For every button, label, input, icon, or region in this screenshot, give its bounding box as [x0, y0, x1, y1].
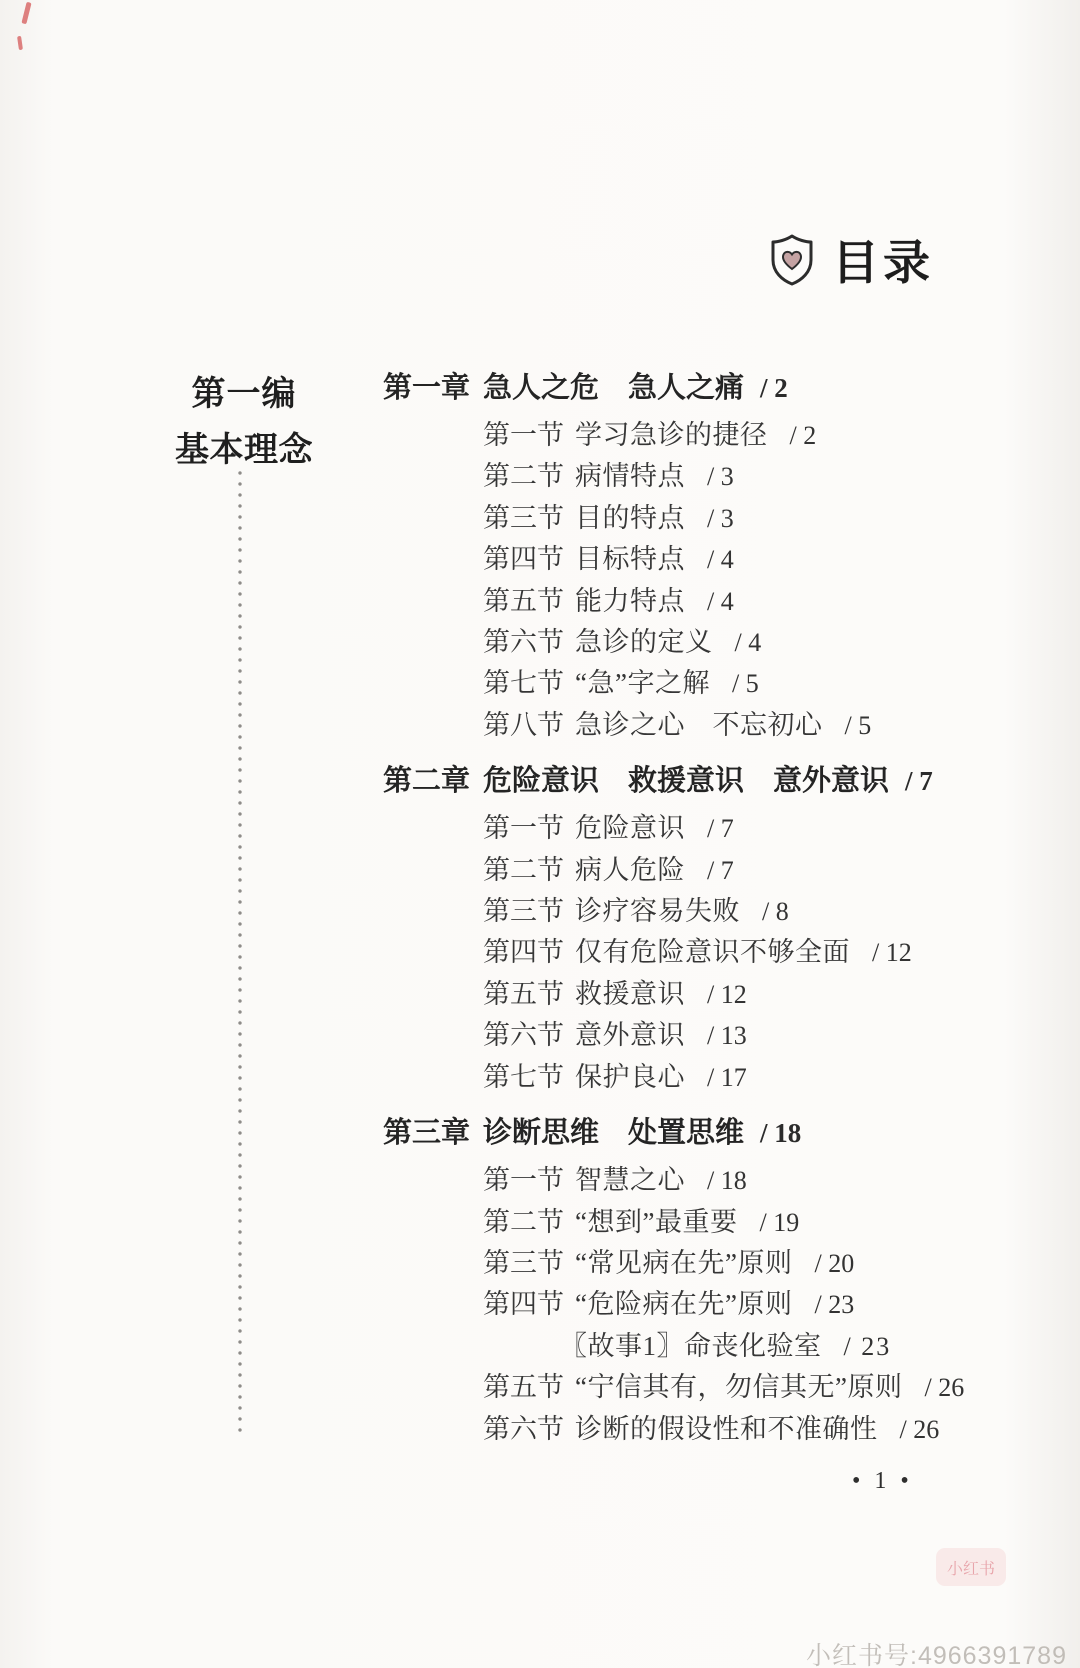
section-title: “危险病在先”原则 [575, 1284, 792, 1324]
section-title: “常见病在先”原则 [575, 1243, 792, 1283]
section-entry: 第七节 保护良心 / 17 [383, 1057, 1033, 1098]
chapter-entry: 第一章 急人之危 急人之痛 / 2 [383, 368, 1033, 408]
part-number: 第一编 [172, 366, 316, 415]
section-page-number: / 23 [814, 1285, 854, 1325]
section-page-number: / 26 [924, 1368, 964, 1408]
section-page-number: / 8 [762, 892, 789, 932]
red-pen-mark [21, 2, 31, 25]
section-title: 目的特点 [575, 498, 685, 538]
section-number: 第七节 [483, 1057, 575, 1097]
section-entry: 第一节 学习急诊的捷径 / 2 [383, 415, 1033, 456]
section-page-number: / 5 [732, 664, 759, 704]
section-title: “想到”最重要 [575, 1202, 737, 1242]
section-title: 学习急诊的捷径 [575, 415, 768, 455]
section-entry: 第八节 急诊之心 不忘初心 / 5 [383, 705, 1033, 746]
red-pen-mark [17, 36, 23, 50]
chapter-entry: 第二章 危险意识 救援意识 意外意识 / 7 [383, 761, 1033, 801]
section-page-number: / 3 [707, 457, 734, 497]
section-entry: 第七节 “急”字之解 / 5 [383, 663, 1033, 704]
section-page-number: / 26 [900, 1410, 940, 1450]
section-title: 病情特点 [575, 456, 685, 496]
section-entry: 第三节 “常见病在先”原则 / 20 [383, 1243, 1033, 1284]
section-page-number: / 3 [707, 499, 734, 539]
section-entry: 第二节 病情特点 / 3 [383, 456, 1033, 497]
section-entry: 第一节 危险意识 / 7 [383, 808, 1033, 849]
section-number: 第五节 [483, 974, 575, 1014]
section-entry: 第二节 病人危险 / 7 [383, 850, 1033, 891]
section-entry: 第四节 “危险病在先”原则 / 23 [383, 1284, 1033, 1325]
section-page-number: / 12 [707, 975, 747, 1015]
part-name: 基本理念 [172, 422, 316, 471]
section-entry: 第六节 意外意识 / 13 [383, 1015, 1033, 1056]
section-entry: 第六节 诊断的假设性和不准确性 / 26 [383, 1409, 1033, 1450]
chapter-title: 危险意识 救援意识 意外意识 [483, 761, 889, 801]
section-page-number: / 17 [707, 1058, 747, 1098]
section-title: 救援意识 [575, 974, 685, 1014]
section-page-number: / 13 [707, 1016, 747, 1056]
section-entry: 第二节 “想到”最重要 / 19 [383, 1202, 1033, 1243]
chapter-page-number: / 18 [760, 1113, 801, 1153]
section-number: 第五节 [483, 1367, 575, 1407]
section-entry: 第三节 诊疗容易失败 / 8 [383, 891, 1033, 932]
chapter-page-number: / 7 [905, 761, 933, 801]
scanned-toc-page: 目录 第一编 基本理念 第一章 急人之危 急人之痛 / 2 第一节 学习急诊的捷… [0, 0, 1080, 1668]
section-page-number: / 12 [872, 933, 912, 973]
section-title: “急”字之解 [575, 663, 710, 703]
section-entry: 第一节 智慧之心 / 18 [383, 1160, 1033, 1201]
shield-heart-icon [770, 234, 814, 286]
section-entry: 第四节 仅有危险意识不够全面 / 12 [383, 932, 1033, 973]
section-number: 第七节 [483, 663, 575, 703]
section-number: 第三节 [483, 498, 575, 538]
section-number: 第五节 [483, 581, 575, 621]
section-entry: 第四节 目标特点 / 4 [383, 539, 1033, 580]
chapter-number: 第一章 [383, 368, 483, 408]
section-title: 急诊之心 不忘初心 [575, 705, 823, 745]
section-entry: 第五节 能力特点 / 4 [383, 581, 1033, 622]
section-number: 第二节 [483, 456, 575, 496]
chapter-page-number: / 2 [760, 368, 788, 408]
section-page-number: / 7 [707, 851, 734, 891]
section-number: 第二节 [483, 850, 575, 890]
section-title: 急诊的定义 [575, 622, 713, 662]
section-number: 第三节 [483, 1243, 575, 1283]
section-title: 危险意识 [575, 808, 685, 848]
section-title: 能力特点 [575, 581, 685, 621]
section-page-number: / 7 [707, 809, 734, 849]
part-label: 第一编 基本理念 [172, 366, 316, 471]
section-title: 意外意识 [575, 1015, 685, 1055]
watermark-badge: 小红书 [936, 1548, 1006, 1586]
section-number: 第四节 [483, 1284, 575, 1324]
section-page-number: / 18 [707, 1161, 747, 1201]
section-number: 第一节 [483, 415, 575, 455]
section-page-number: / 4 [707, 582, 734, 622]
section-title: 智慧之心 [575, 1160, 685, 1200]
section-page-number: / 19 [759, 1203, 799, 1243]
section-entry: 〖故事1〗命丧化验室 / 23 [383, 1326, 1033, 1367]
toc-header: 目录 [770, 226, 934, 293]
section-number: 第一节 [483, 1160, 575, 1200]
page-title: 目录 [832, 226, 934, 293]
section-number: 第四节 [483, 539, 575, 579]
section-number: 第一节 [483, 808, 575, 848]
chapter-title: 诊断思维 处置思维 [483, 1113, 744, 1153]
chapter-title: 急人之危 急人之痛 [483, 368, 744, 408]
section-number: 第四节 [483, 932, 575, 972]
section-entry: 第五节 “宁信其有，勿信其无”原则 / 26 [383, 1367, 1033, 1408]
section-number: 第六节 [483, 1409, 575, 1449]
section-title: 〖故事1〗命丧化验室 [560, 1326, 822, 1366]
section-page-number: / 5 [845, 706, 872, 746]
dotted-divider [238, 470, 242, 1436]
section-title: 病人危险 [575, 850, 685, 890]
section-entry: 第六节 急诊的定义 / 4 [383, 622, 1033, 663]
section-title: “宁信其有，勿信其无”原则 [575, 1367, 902, 1407]
watermark-text: 小红书号:4966391789 [806, 1636, 1067, 1668]
section-number: 第八节 [483, 705, 575, 745]
section-title: 目标特点 [575, 539, 685, 579]
section-page-number: / 2 [790, 416, 817, 456]
section-number: 第六节 [483, 1015, 575, 1055]
toc-list: 第一章 急人之危 急人之痛 / 2 第一节 学习急诊的捷径 / 2 第二节 病情… [383, 368, 1033, 1450]
section-number: 第二节 [483, 1202, 575, 1242]
section-entry: 第三节 目的特点 / 3 [383, 498, 1033, 539]
section-number: 第三节 [483, 891, 575, 931]
folio-page-number: • 1 • [852, 1468, 913, 1495]
section-page-number: / 4 [707, 540, 734, 580]
section-title: 保护良心 [575, 1057, 685, 1097]
section-title: 仅有危险意识不够全面 [575, 932, 850, 972]
section-title: 诊断的假设性和不准确性 [575, 1409, 878, 1449]
chapter-number: 第三章 [383, 1113, 483, 1153]
section-number: 第六节 [483, 622, 575, 662]
section-entry: 第五节 救援意识 / 12 [383, 974, 1033, 1015]
section-title: 诊疗容易失败 [575, 891, 740, 931]
section-page-number: / 4 [735, 623, 762, 663]
section-page-number: / 20 [814, 1244, 854, 1284]
chapter-entry: 第三章 诊断思维 处置思维 / 18 [383, 1113, 1033, 1153]
chapter-number: 第二章 [383, 761, 483, 801]
section-page-number: / 23 [844, 1327, 892, 1367]
